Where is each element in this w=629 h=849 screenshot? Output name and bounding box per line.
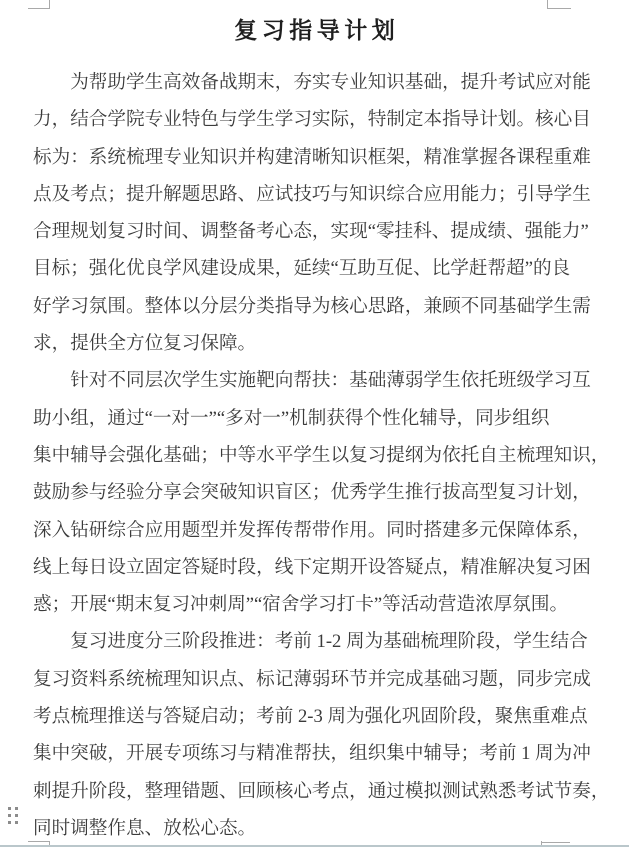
crop-mark-top-right <box>547 0 548 9</box>
text-line[interactable]: 复习进度分三阶段推进：考前 1-2 周为基础梳理阶段，学生结合 <box>33 623 595 660</box>
paragraph-drag-handle-icon[interactable] <box>8 807 18 824</box>
page-bottom-edge <box>0 845 629 847</box>
paragraph-2: 针对不同层次学生实施靶向帮扶：基础薄弱学生依托班级学习互 助小组，通过“一对一”… <box>33 362 595 623</box>
document-body: 为帮助学生高效备战期末，夯实专业知识基础，提升考试应对能 力，结合学院专业特色与… <box>33 64 595 847</box>
text-line[interactable]: 刺提升阶段，整理错题、回顾核心考点，通过模拟测试熟悉考试节奏， <box>33 773 595 810</box>
text-line[interactable]: 求，提供全方位复习保障。 <box>33 325 595 362</box>
text-line[interactable]: 深入钻研综合应用题型并发挥传帮带作用。同时搭建多元保障体系， <box>33 512 595 549</box>
text-line[interactable]: 复习资料系统梳理知识点、标记薄弱环节并完成基础习题，同步完成 <box>33 661 595 698</box>
paragraph-1: 为帮助学生高效备战期末，夯实专业知识基础，提升考试应对能 力，结合学院专业特色与… <box>33 64 595 362</box>
crop-mark-top-left <box>28 8 50 9</box>
text-line[interactable]: 力，结合学院专业特色与学生学习实际，特制定本指导计划。核心目 <box>33 101 595 138</box>
text-line[interactable]: 线上每日设立固定答疑时段，线下定期开设答疑点，精准解决复习困 <box>33 549 595 586</box>
text-line[interactable]: 针对不同层次学生实施靶向帮扶：基础薄弱学生依托班级学习互 <box>33 362 595 399</box>
text-line[interactable]: 惑；开展“期末复习冲刺周”“宿舍学习打卡”等活动营造浓厚氛围。 <box>33 586 595 623</box>
text-line[interactable]: 合理规划复习时间、调整备考心态，实现“零挂科、提成绩、强能力” <box>33 213 595 250</box>
text-line[interactable]: 好学习氛围。整体以分层分类指导为核心思路，兼顾不同基础学生需 <box>33 288 595 325</box>
document-title[interactable]: 复习指导计划 <box>0 14 629 46</box>
text-line[interactable]: 考点梳理推送与答疑启动；考前 2-3 周为强化巩固阶段，聚焦重难点 <box>33 698 595 735</box>
text-line[interactable]: 目标；强化优良学风建设成果，延续“互助互促、比学赶帮超”的良 <box>33 250 595 287</box>
crop-mark-top-left <box>49 0 50 9</box>
text-line[interactable]: 集中辅导会强化基础；中等水平学生以复习提纲为依托自主梳理知识， <box>33 437 595 474</box>
text-line[interactable]: 点及考点；提升解题思路、应试技巧与知识综合应用能力；引导学生 <box>33 176 595 213</box>
crop-mark-top-right <box>547 8 571 9</box>
text-line[interactable]: 集中突破，开展专项练习与精准帮扶，组织集中辅导；考前 1 周为冲 <box>33 735 595 772</box>
text-line[interactable]: 同时调整作息、放松心态。 <box>33 810 595 847</box>
document-page[interactable]: 复习指导计划 为帮助学生高效备战期末，夯实专业知识基础，提升考试应对能 力，结合… <box>0 0 629 849</box>
paragraph-3: 复习进度分三阶段推进：考前 1-2 周为基础梳理阶段，学生结合 复习资料系统梳理… <box>33 623 595 847</box>
text-line[interactable]: 鼓励参与经验分享会突破知识盲区；优秀学生推行拔高型复习计划， <box>33 474 595 511</box>
text-line[interactable]: 为帮助学生高效备战期末，夯实专业知识基础，提升考试应对能 <box>33 64 595 101</box>
text-line[interactable]: 标为：系统梳理专业知识并构建清晰知识框架，精准掌握各课程重难 <box>33 139 595 176</box>
text-line[interactable]: 助小组，通过“一对一”“多对一”机制获得个性化辅导，同步组织 <box>33 400 595 437</box>
